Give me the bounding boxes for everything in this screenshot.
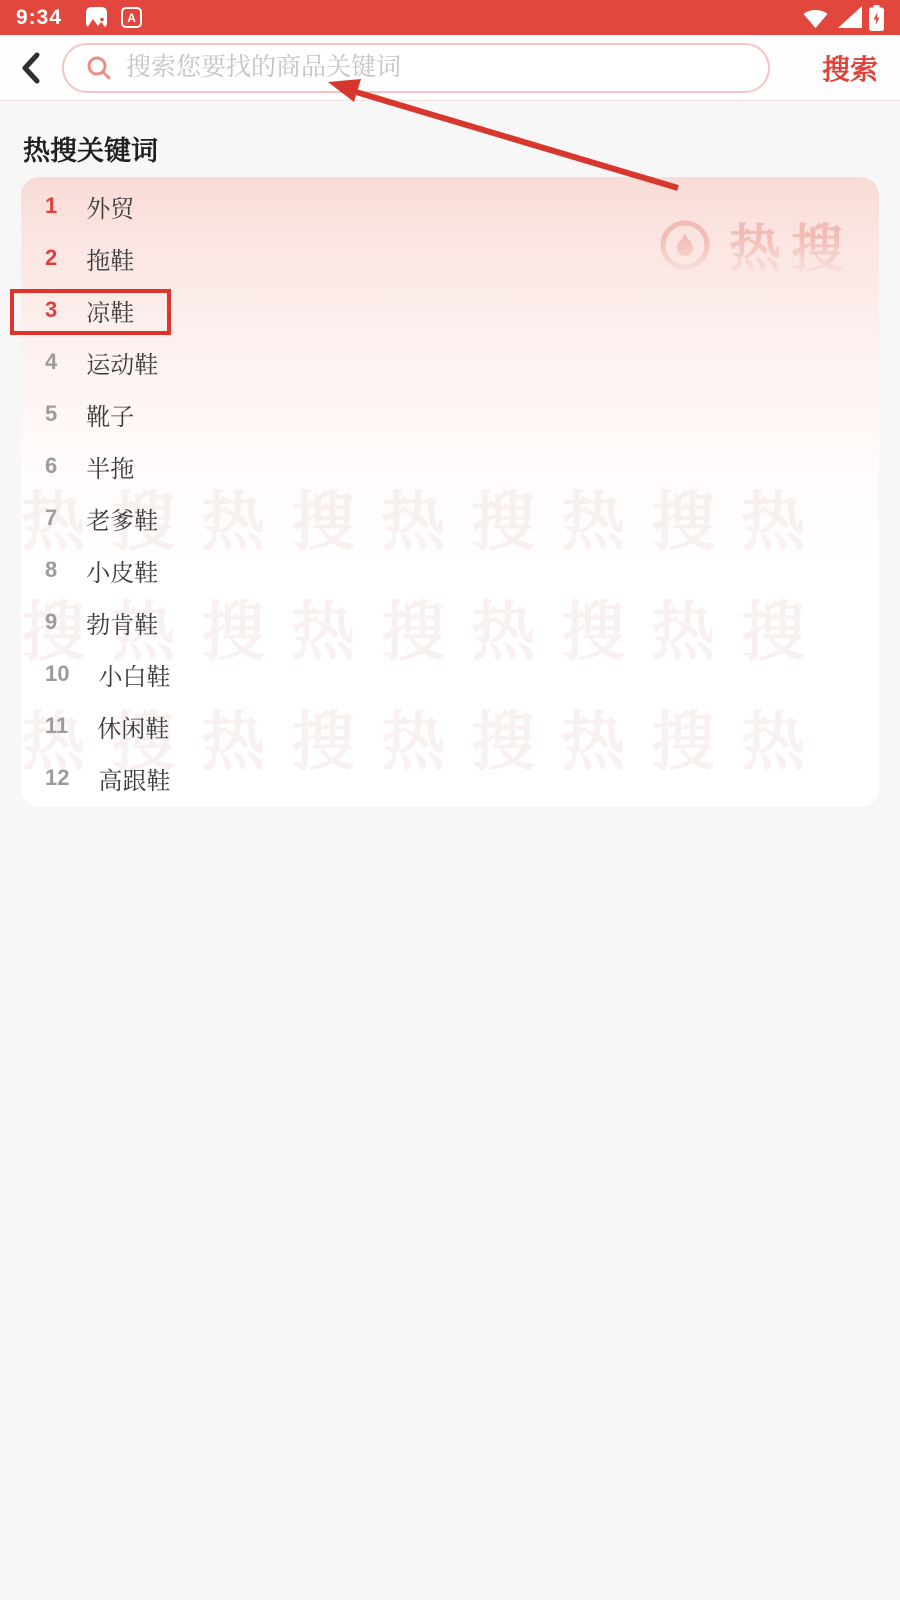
rank-number: 2 [45,245,57,271]
search-bar[interactable] [62,43,770,93]
rank-number: 1 [45,193,57,219]
rank-number: 8 [45,557,57,583]
letter-a-notification-icon: A [121,7,142,28]
hot-keyword-row[interactable]: 6 半拖 [21,440,879,492]
keyword-label: 小皮鞋 [86,553,158,588]
battery-charging-icon [869,5,884,31]
hot-keywords-card: 热搜热搜热搜热搜热搜热搜热搜热搜热搜热搜热搜热搜热搜热搜热搜 热搜 1 外贸 2… [21,177,879,807]
keyword-label: 休闲鞋 [97,709,169,744]
keyword-label: 运动鞋 [86,345,158,380]
back-button[interactable] [0,35,62,101]
back-chevron-icon [21,52,41,84]
wifi-icon [802,6,829,30]
search-icon [86,55,112,81]
hot-keyword-row[interactable]: 9 勃肯鞋 [21,596,879,648]
hot-search-section-title: 热搜关键词 [23,129,158,168]
hot-keyword-row[interactable]: 7 老爹鞋 [21,492,879,544]
rank-number: 10 [45,661,69,687]
status-time: 9:34 [16,6,62,30]
hot-keywords-list: 1 外贸 2 拖鞋 3 凉鞋 4 运动鞋 5 靴子 6 半拖 7 老爹鞋 8 小… [21,180,879,804]
search-header: 搜索 [0,35,900,101]
app-screen: 9:34 A [0,0,900,1600]
keyword-label: 半拖 [86,449,134,484]
keyword-label: 高跟鞋 [98,761,170,796]
rank-number: 5 [45,401,57,427]
hot-keyword-row[interactable]: 12 高跟鞋 [21,752,879,804]
rank-number: 6 [45,453,57,479]
gallery-notification-icon [86,7,107,28]
hot-keyword-row[interactable]: 11 休闲鞋 [21,700,879,752]
rank-number: 4 [45,349,57,375]
keyword-label: 勃肯鞋 [86,605,158,640]
hot-keyword-row[interactable]: 8 小皮鞋 [21,544,879,596]
hot-keyword-row[interactable]: 10 小白鞋 [21,648,879,700]
keyword-label: 拖鞋 [86,241,134,276]
hot-keyword-row[interactable]: 2 拖鞋 [21,232,879,284]
keyword-label: 靴子 [86,397,134,432]
hot-keyword-row[interactable]: 1 外贸 [21,180,879,232]
keyword-label: 老爹鞋 [86,501,158,536]
hot-keyword-row[interactable]: 3 凉鞋 [21,284,879,336]
rank-number: 9 [45,609,57,635]
keyword-label: 外贸 [86,189,134,224]
rank-number: 7 [45,505,57,531]
rank-number: 3 [45,297,57,323]
rank-number: 11 [45,713,68,739]
keyword-label: 凉鞋 [86,293,134,328]
search-submit-button[interactable]: 搜索 [822,48,878,88]
hot-keyword-row[interactable]: 5 靴子 [21,388,879,440]
search-input[interactable] [126,53,752,82]
status-bar: 9:34 A [0,0,900,35]
hot-keyword-row[interactable]: 4 运动鞋 [21,336,879,388]
signal-icon [836,6,862,30]
rank-number: 12 [45,765,69,791]
keyword-label: 小白鞋 [98,657,170,692]
